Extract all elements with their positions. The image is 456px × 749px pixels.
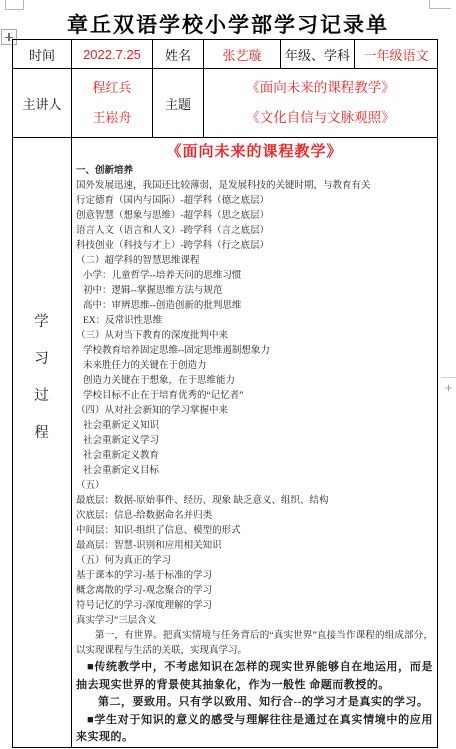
content-line: 国外发展迅速，我国还比较薄弱，是发展科技的关键时期，与教育有关 (76, 179, 433, 194)
content-line: 社会重新定义学习 (76, 434, 433, 449)
speaker-value-cell: 程红兵 王崧舟 (72, 69, 153, 138)
content-line: 创造力关键在于想象，在于思维能力 (76, 374, 433, 389)
content-line: 高中：审辨思维--创造创新的批判思维 (76, 299, 433, 314)
process-label-char: 程 (34, 421, 50, 442)
content-line: 学校目标不止在于培育优秀的“记忆者” (76, 389, 433, 404)
content-line: 最底层：数据-原始事件、经历、现象 缺乏意义、组织、结构 (76, 494, 433, 509)
plus-icon[interactable]: + (441, 377, 456, 396)
content-line: 符号记忆的学习-深度理解的学习 (76, 599, 433, 614)
learning-process-vertical-label: 学 习 过 程 (13, 138, 71, 442)
content-line: ■传统教学中，不考虑知识在怎样的现实世界能够自在地运用，而是抽去现实世界的背景使… (76, 659, 433, 694)
name-value-cell: 张艺璇 (204, 40, 281, 69)
content-line: 一、创新培养 (76, 164, 433, 179)
topic-label-cell: 主题 (153, 69, 204, 138)
notes-heading: 《面向未来的课程教学》 (76, 141, 433, 162)
content-line: 科技创业（科技与才上）-跨学科（行之底层） (76, 239, 433, 254)
content-line: 创意智慧（想象与思维）-超学科（思之底层） (76, 209, 433, 224)
content-line: 第一，有世界。把真实情境与任务背后的“真实世界”直接当作课程的组成部分，以实现课… (76, 629, 433, 659)
content-line: （四）从对社会新知的学习掌握中来 (76, 404, 433, 419)
process-label-char: 过 (34, 384, 50, 405)
text-boundary-mark-top-right-icon (429, 0, 451, 9)
speaker-name: 王崧舟 (72, 103, 152, 133)
process-label-char: 学 (34, 310, 50, 331)
content-line: 次底层：信息-给数据命名并归类 (76, 509, 433, 524)
learning-process-label-cell: 学 习 过 程 (13, 138, 72, 748)
grade-subject-label-cell: 年级、学科 (281, 40, 355, 69)
table-row: 学 习 过 程 《面向未来的课程教学》 一、创新培养 (13, 138, 438, 748)
content-line: 小学：儿童哲学--培养天问的思维习惯 (76, 269, 433, 284)
content-line: ■学生对于知识的意义的感受与理解往往是通过在真实情境中的应用来实现的。 (76, 712, 433, 747)
speaker-name: 程红兵 (72, 73, 152, 103)
speaker-label-cell: 主讲人 (13, 69, 72, 138)
topic-value-cell: 《面向未来的课程教学》 《文化自信与文脉观照》 (204, 69, 438, 138)
content-line: 行定德育（国内与国际）-超学科（德之底层） (76, 194, 433, 209)
topic-title: 《面向未来的课程教学》 (204, 73, 437, 103)
content-line: 真实学习”三层含义 (76, 614, 433, 629)
content-line: （五） (76, 479, 433, 494)
notes-lines: 一、创新培养 国外发展迅速，我国还比较薄弱，是发展科技的关键时期，与教育有关 行… (76, 164, 433, 747)
name-label-cell: 姓名 (153, 40, 204, 69)
time-value-cell: 2022.7.25 (72, 40, 153, 69)
table-row: 主讲人 程红兵 王崧舟 主题 《面向未来的课程教学》 《文化自信与文脉观照》 (13, 69, 438, 138)
learning-process-content-cell: 《面向未来的课程教学》 一、创新培养 国外发展迅速，我国还比较薄弱，是发展科技的… (72, 138, 438, 748)
content-line: 初中：逻辑--掌握思维方法与规范 (76, 284, 433, 299)
content-line: 第二，要致用。只有学以致用、知行合--的学习才是真实的学习。 (76, 694, 433, 712)
time-label-cell: 时间 (13, 40, 72, 69)
content-line: （三）从对当下教育的深度批判中来 (76, 329, 433, 344)
document-page: 章丘双语学校小学部学习记录单 时间 2022.7.25 姓名 张艺璇 年级、学科… (0, 0, 456, 749)
content-line: 基于课本的学习-基于标准的学习 (76, 569, 433, 584)
content-line: 社会重新定义教育 (76, 449, 433, 464)
content-line: （二）超学科的智慧思维课程 (76, 254, 433, 269)
content-line: 未来胜任力的关键在于创造力 (76, 359, 433, 374)
process-label-char: 习 (34, 347, 50, 368)
page-title: 章丘双语学校小学部学习记录单 (0, 9, 456, 39)
content-line: 社会重新定义目标 (76, 464, 433, 479)
content-line: 语言人文（语言和人文）-跨学科（言之底层） (76, 224, 433, 239)
content-line: 最高层：智慧-识别和应用相关知识 (76, 539, 433, 554)
content-line: （五）何为真正的学习 (76, 554, 433, 569)
move-handle-cross-bar (8, 33, 10, 41)
learning-record-table: 时间 2022.7.25 姓名 张艺璇 年级、学科 一年级语文 主讲人 程红兵 … (12, 39, 438, 748)
content-line: 概念离散的学习-观念聚合的学习 (76, 584, 433, 599)
topic-title: 《文化自信与文脉观照》 (204, 103, 437, 133)
table-row: 时间 2022.7.25 姓名 张艺璇 年级、学科 一年级语文 (13, 40, 438, 69)
content-line: 社会重新定义知识 (76, 419, 433, 434)
content-line: 中间层：知识-组织了信息、模型的形式 (76, 524, 433, 539)
grade-subject-value-cell: 一年级语文 (355, 40, 438, 69)
content-line: EX：反常识性思维 (76, 314, 433, 329)
notes-body: 《面向未来的课程教学》 一、创新培养 国外发展迅速，我国还比较薄弱，是发展科技的… (72, 138, 437, 747)
content-line: 学校教育培养固定思维--固定思维遏制想象力 (76, 344, 433, 359)
